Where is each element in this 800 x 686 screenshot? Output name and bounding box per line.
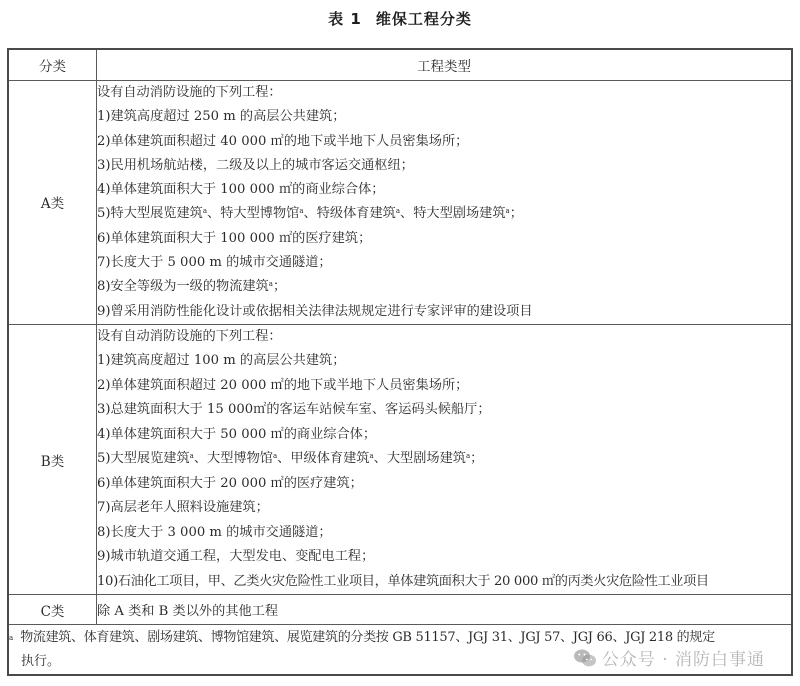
text: 、特大型博物馆 <box>207 206 299 221</box>
footnote-marker: a <box>190 452 194 460</box>
footnote-marker: a <box>269 280 273 288</box>
list-item: 3)民用机场航站楼，二级及以上的城市客运交通枢纽； <box>97 154 791 178</box>
types-cell: 除 A 类和 B 类以外的其他工程 <box>97 595 793 625</box>
list-item: 8)安全等级为一级的物流建筑a； <box>97 275 791 299</box>
footnote-cell: a物流建筑、体育建筑、剧场建筑、博物馆建筑、展览建筑的分类按 GB 51157、… <box>8 625 792 676</box>
list-item: 3)总建筑面积大于 15 000㎡的客运车站候车室、客运码头候船厅； <box>97 398 791 423</box>
list-item: 2)单体建筑面积超过 20 000 ㎡的地下或半地下人员密集场所； <box>97 374 791 399</box>
footnote-marker: a <box>506 207 510 215</box>
text: 、甲级体育建筑 <box>277 451 369 466</box>
table-row-c: C类 除 A 类和 B 类以外的其他工程 <box>8 595 792 625</box>
wechat-icon <box>573 649 597 667</box>
list-item: 9)城市轨道交通工程，大型发电、变配电工程； <box>97 545 791 570</box>
text: 、大型剧场建筑 <box>374 451 466 466</box>
list-item: 2)单体建筑面积超过 40 000 ㎡的地下或半地下人员密集场所； <box>97 130 791 154</box>
text: 5)大型展览建筑 <box>97 451 190 466</box>
footnote-marker: a <box>9 634 13 642</box>
list-item: 4)单体建筑面积大于 50 000 ㎡的商业综合体； <box>97 423 791 448</box>
text: ； <box>470 451 483 466</box>
footnote-marker: a <box>299 207 303 215</box>
footnote-marker: a <box>466 452 470 460</box>
watermark: 公众号 · 消防白事通 <box>573 645 765 670</box>
list-item: 10)石油化工项目，甲、乙类火灾危险性工业项目，单体建筑面积大于 20 000 … <box>97 570 791 595</box>
watermark-text: 公众号 · 消防白事通 <box>602 645 765 670</box>
intro-line: 设有自动消防设施的下列工程： <box>97 81 791 105</box>
list-item: 1)建筑高度超过 100 m 的高层公共建筑； <box>97 349 791 374</box>
text: 5)特大型展览建筑 <box>97 206 203 221</box>
intro-line: 设有自动消防设施的下列工程： <box>97 325 791 350</box>
list-item: 8)长度大于 3 000 m 的城市交通隧道； <box>97 521 791 546</box>
list-item: 1)建筑高度超过 250 m 的高层公共建筑； <box>97 105 791 129</box>
types-cell: 设有自动消防设施的下列工程： 1)建筑高度超过 100 m 的高层公共建筑； 2… <box>97 324 793 595</box>
footnote-text: 物流建筑、体育建筑、剧场建筑、博物馆建筑、展览建筑的分类按 GB 51157、J… <box>20 630 715 645</box>
header-category: 分类 <box>8 49 97 81</box>
footnote-marker: a <box>396 207 400 215</box>
list-item: 7)高层老年人照料设施建筑； <box>97 496 791 521</box>
maintenance-classification-table: 分类 工程类型 A类 设有自动消防设施的下列工程： 1)建筑高度超过 250 m… <box>7 48 793 676</box>
table-title-text: 维保工程分类 <box>376 10 472 28</box>
text: 、大型博物馆 <box>194 451 273 466</box>
list-item: 6)单体建筑面积大于 100 000 ㎡的医疗建筑； <box>97 227 791 251</box>
list-item: 6)单体建筑面积大于 20 000 ㎡的医疗建筑； <box>97 472 791 497</box>
category-cell: A类 <box>8 81 97 325</box>
list-item: 7)长度大于 5 000 m 的城市交通隧道； <box>97 251 791 275</box>
footnote-marker: a <box>369 452 373 460</box>
footnote-marker: a <box>203 207 207 215</box>
list-item: 4)单体建筑面积大于 100 000 ㎡的商业综合体； <box>97 178 791 202</box>
text: 、特级体育建筑 <box>304 206 396 221</box>
header-row: 分类 工程类型 <box>8 49 792 81</box>
list-item: 5)特大型展览建筑a、特大型博物馆a、特级体育建筑a、特大型剧场建筑a； <box>97 202 791 226</box>
types-cell: 设有自动消防设施的下列工程： 1)建筑高度超过 250 m 的高层公共建筑； 2… <box>97 81 793 325</box>
text: 、特大型剧场建筑 <box>400 206 506 221</box>
list-item: 9)曾采用消防性能化设计或依据相关法律法规规定进行专家评审的建设项目 <box>97 300 791 324</box>
text: ； <box>510 206 523 221</box>
header-types: 工程类型 <box>97 49 793 81</box>
category-cell: B类 <box>8 324 97 595</box>
table-title: 表 1维保工程分类 <box>0 8 800 29</box>
text: 8)安全等级为一级的物流建筑 <box>97 279 269 294</box>
text: ； <box>273 279 286 294</box>
table-row-b: B类 设有自动消防设施的下列工程： 1)建筑高度超过 100 m 的高层公共建筑… <box>8 324 792 595</box>
list-item: 5)大型展览建筑a、大型博物馆a、甲级体育建筑a、大型剧场建筑a； <box>97 447 791 472</box>
footnote-marker: a <box>273 452 277 460</box>
footnote-row: a物流建筑、体育建筑、剧场建筑、博物馆建筑、展览建筑的分类按 GB 51157、… <box>8 625 792 676</box>
table-number: 表 1 <box>328 10 362 28</box>
category-cell: C类 <box>8 595 97 625</box>
table-row-a: A类 设有自动消防设施的下列工程： 1)建筑高度超过 250 m 的高层公共建筑… <box>8 81 792 325</box>
